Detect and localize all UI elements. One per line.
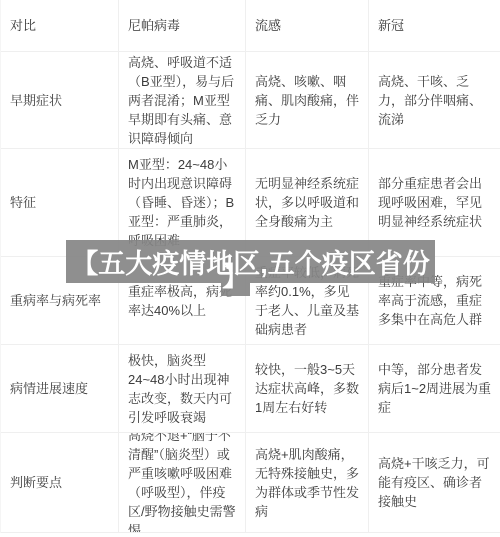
- header-label: 新冠: [378, 16, 404, 35]
- cell-early-symptoms-nipah: 高烧、呼吸道不适（B亚型），易与后两者混淆；M亚型早期即有头痛、意识障碍倾向: [119, 52, 246, 149]
- watermark-banner: 【五大疫情地区,五个疫区省份: [66, 240, 435, 283]
- comparison-infographic: 对比 尼帕病毒 流感 新冠 早期症状 高烧、呼吸道不适（B亚型），易与后两者混淆…: [0, 0, 500, 537]
- header-label: 对比: [10, 16, 36, 35]
- cell-progression-nipah: 极快，脑炎型24~48小时出现神志改变，数天内可引发呼吸衰竭: [119, 345, 246, 433]
- row-label-judgment-points: 判断要点: [1, 433, 119, 533]
- cell-progression-flu: 较快，一般3~5天达症状高峰，多数1周左右好转: [246, 345, 369, 433]
- cell-early-symptoms-covid: 高烧、干咳、乏力，部分伴咽痛、流涕: [369, 52, 500, 149]
- header-cell-comparison: 对比: [1, 0, 119, 52]
- header-label: 尼帕病毒: [128, 16, 180, 35]
- cell-judgment-covid: 高烧+干咳乏力，可能有疫区、确诊者接触史: [369, 433, 500, 533]
- header-cell-nipah: 尼帕病毒: [119, 0, 246, 52]
- cell-judgment-nipah: 高烧不退+“脑子不清醒”（脑炎型）或严重咳嗽呼吸困难（呼吸型），伴疫区/野物接触…: [119, 433, 246, 533]
- header-cell-covid: 新冠: [369, 0, 500, 52]
- header-cell-flu: 流感: [246, 0, 369, 52]
- row-label-early-symptoms: 早期症状: [1, 52, 119, 149]
- cell-judgment-flu: 高烧+肌肉酸痛，无特殊接触史，多为群体或季节性发病: [246, 433, 369, 533]
- header-label: 流感: [255, 16, 281, 35]
- row-label-progression-speed: 病情进展速度: [1, 345, 119, 433]
- watermark-text-line1: 【五大疫情地区,五个疫区省份: [71, 242, 430, 281]
- watermark-text-line2: 】: [221, 261, 250, 293]
- cell-progression-covid: 中等，部分患者发病后1~2周进展为重症: [369, 345, 500, 433]
- cell-early-symptoms-flu: 高烧、咳嗽、咽痛、肌肉酸痛，伴乏力: [246, 52, 369, 149]
